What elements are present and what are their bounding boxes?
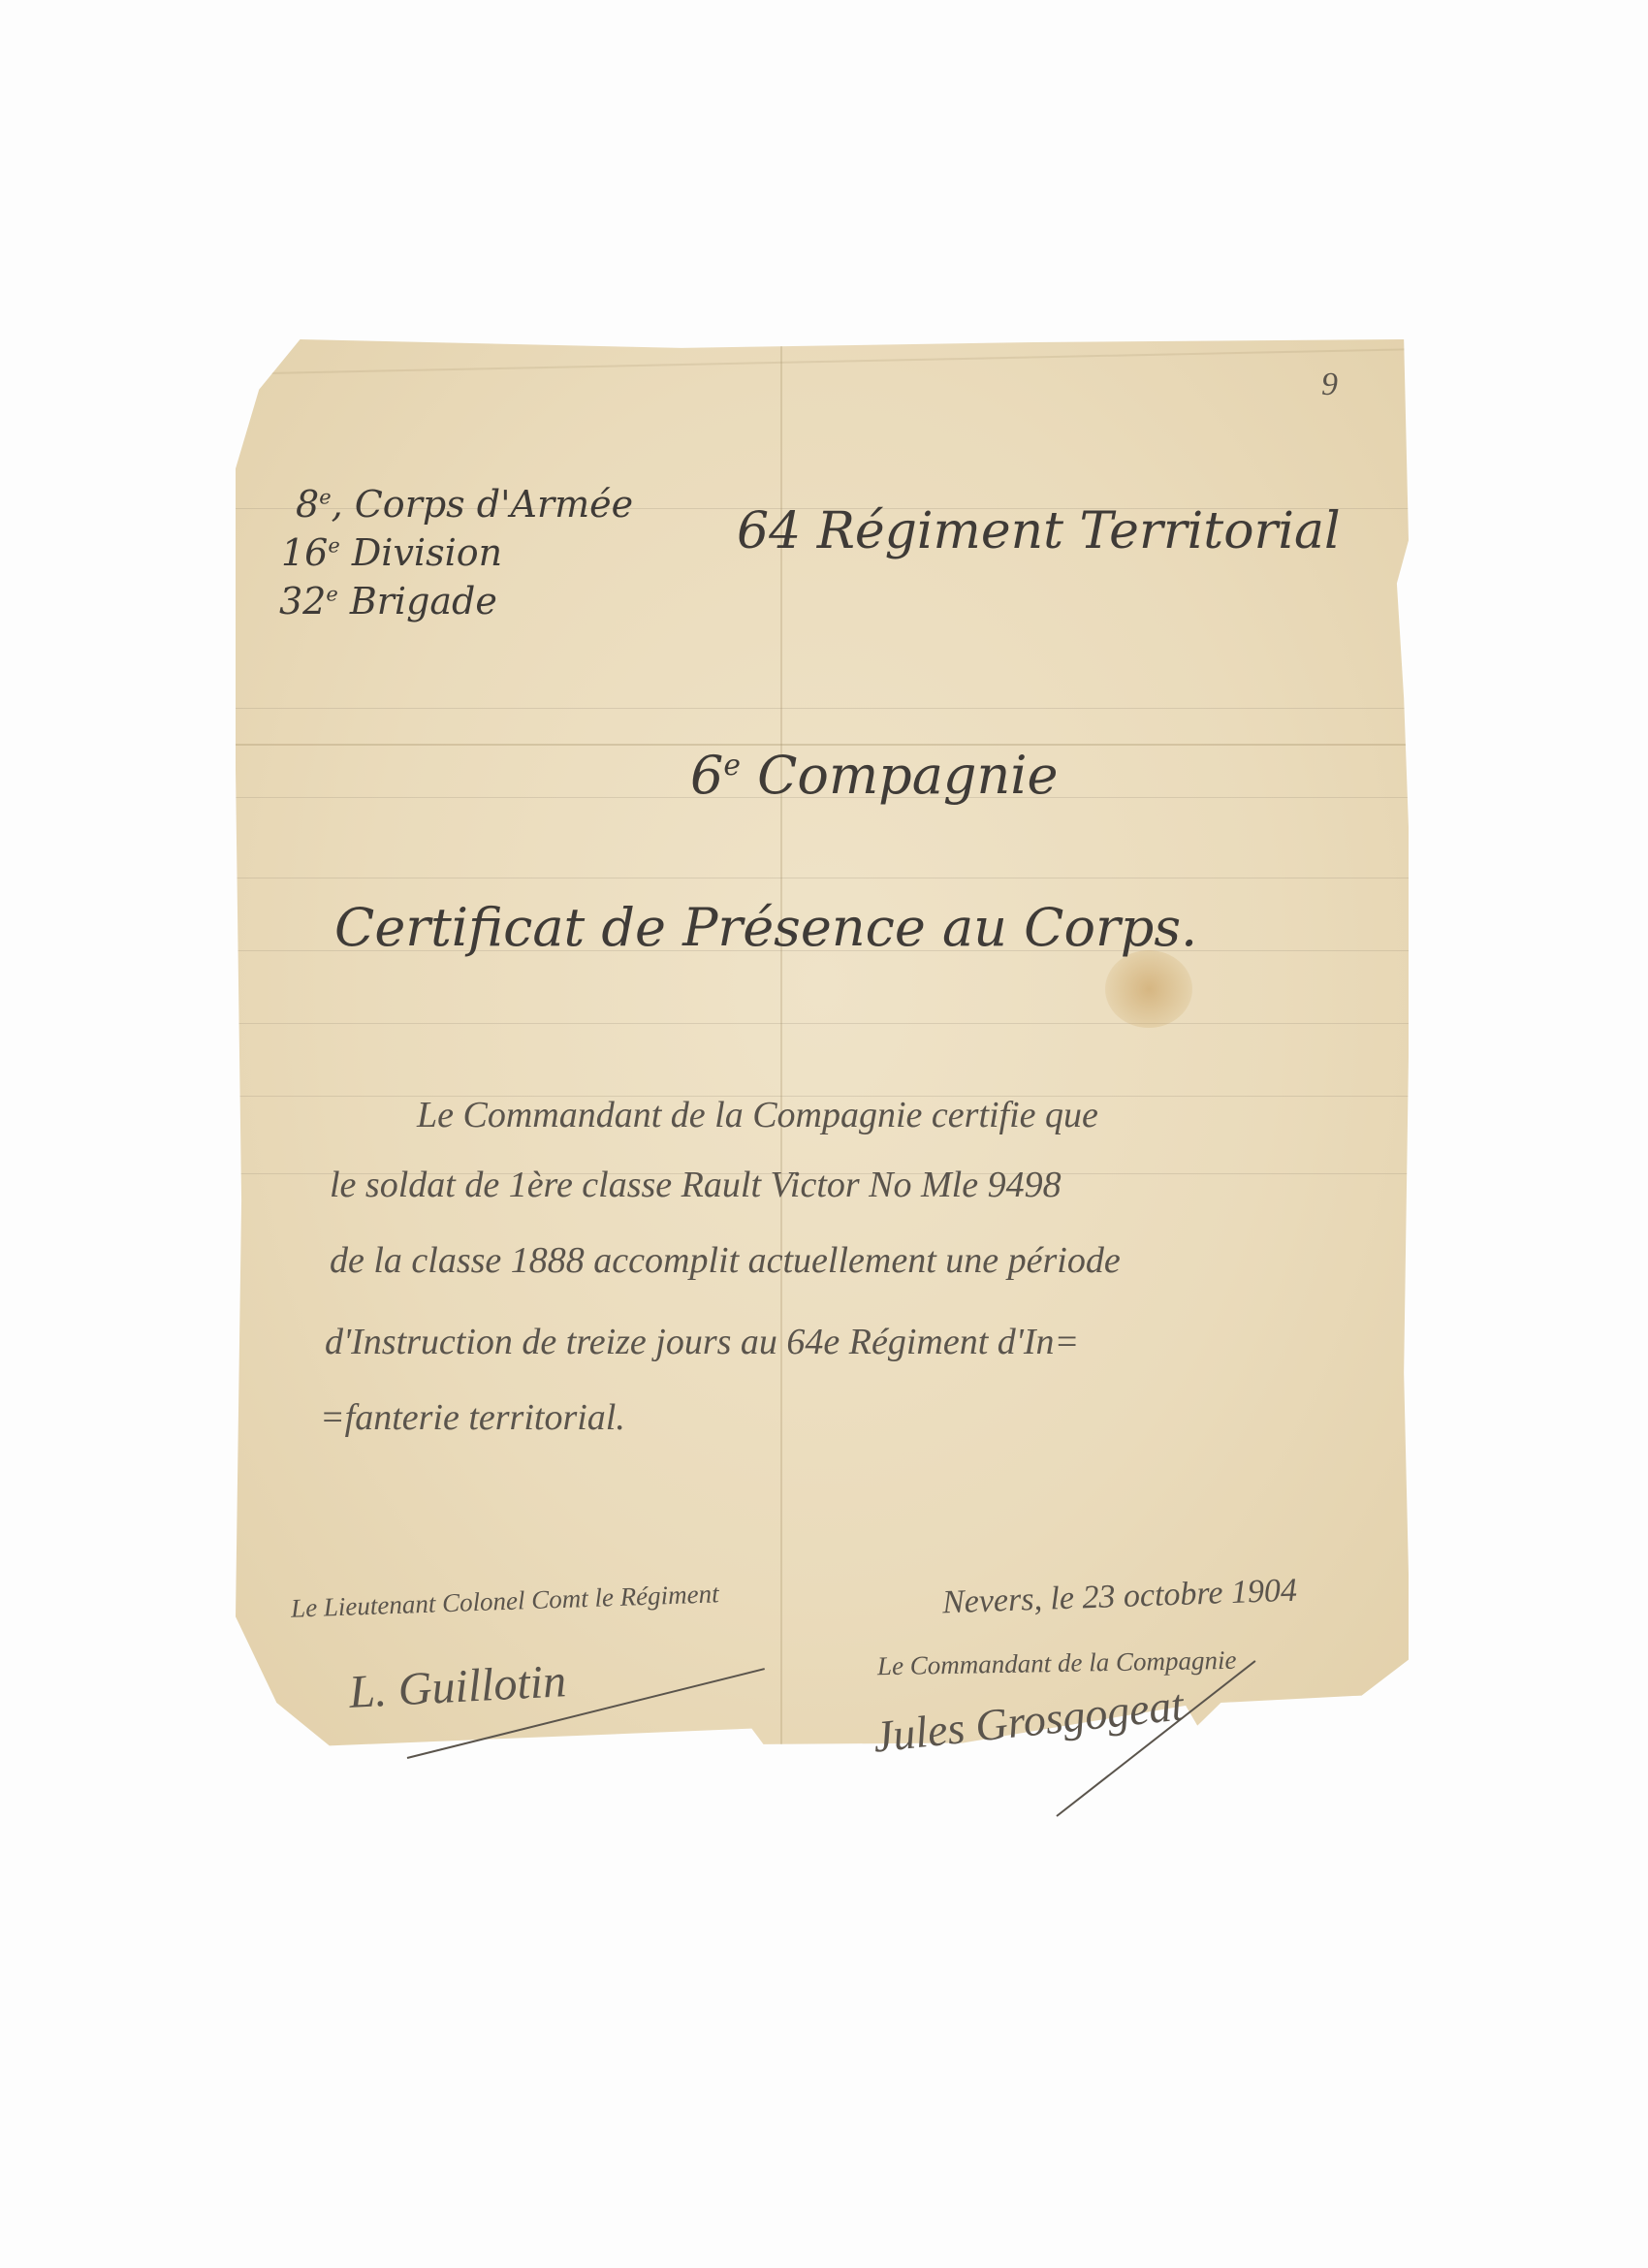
body-line-1: Le Commandant de la Compagnie certifie q… bbox=[417, 1094, 1098, 1136]
body-line-5: =fanterie territorial. bbox=[320, 1396, 625, 1439]
ruled-line bbox=[236, 1023, 1409, 1024]
header-brigade: 32e Brigade bbox=[279, 580, 497, 623]
company-title: 6e Compagnie bbox=[690, 745, 1058, 806]
header-division: 16e Division bbox=[281, 531, 502, 574]
body-line-2: le soldat de 1ère classe Rault Victor No… bbox=[330, 1164, 1062, 1206]
left-signature: L. Guillotin bbox=[348, 1654, 568, 1719]
ruled-line bbox=[236, 708, 1409, 709]
body-line-4: d'Instruction de treize jours au 64e Rég… bbox=[325, 1321, 1079, 1363]
certificate-title: Certificat de Présence au Corps. bbox=[334, 897, 1197, 958]
header-corps: 8e, Corps d'Armée bbox=[296, 483, 633, 526]
regiment-title: 64 Régiment Territorial bbox=[737, 502, 1341, 560]
water-stain bbox=[1105, 950, 1192, 1028]
body-line-3: de la classe 1888 accomplit actuellement… bbox=[330, 1239, 1121, 1282]
right-signatory-title: Le Commandant de la Compagnie bbox=[877, 1645, 1237, 1681]
ruled-line bbox=[236, 878, 1409, 878]
page-number: 9 bbox=[1321, 367, 1338, 403]
fold-line-top bbox=[236, 348, 1409, 374]
